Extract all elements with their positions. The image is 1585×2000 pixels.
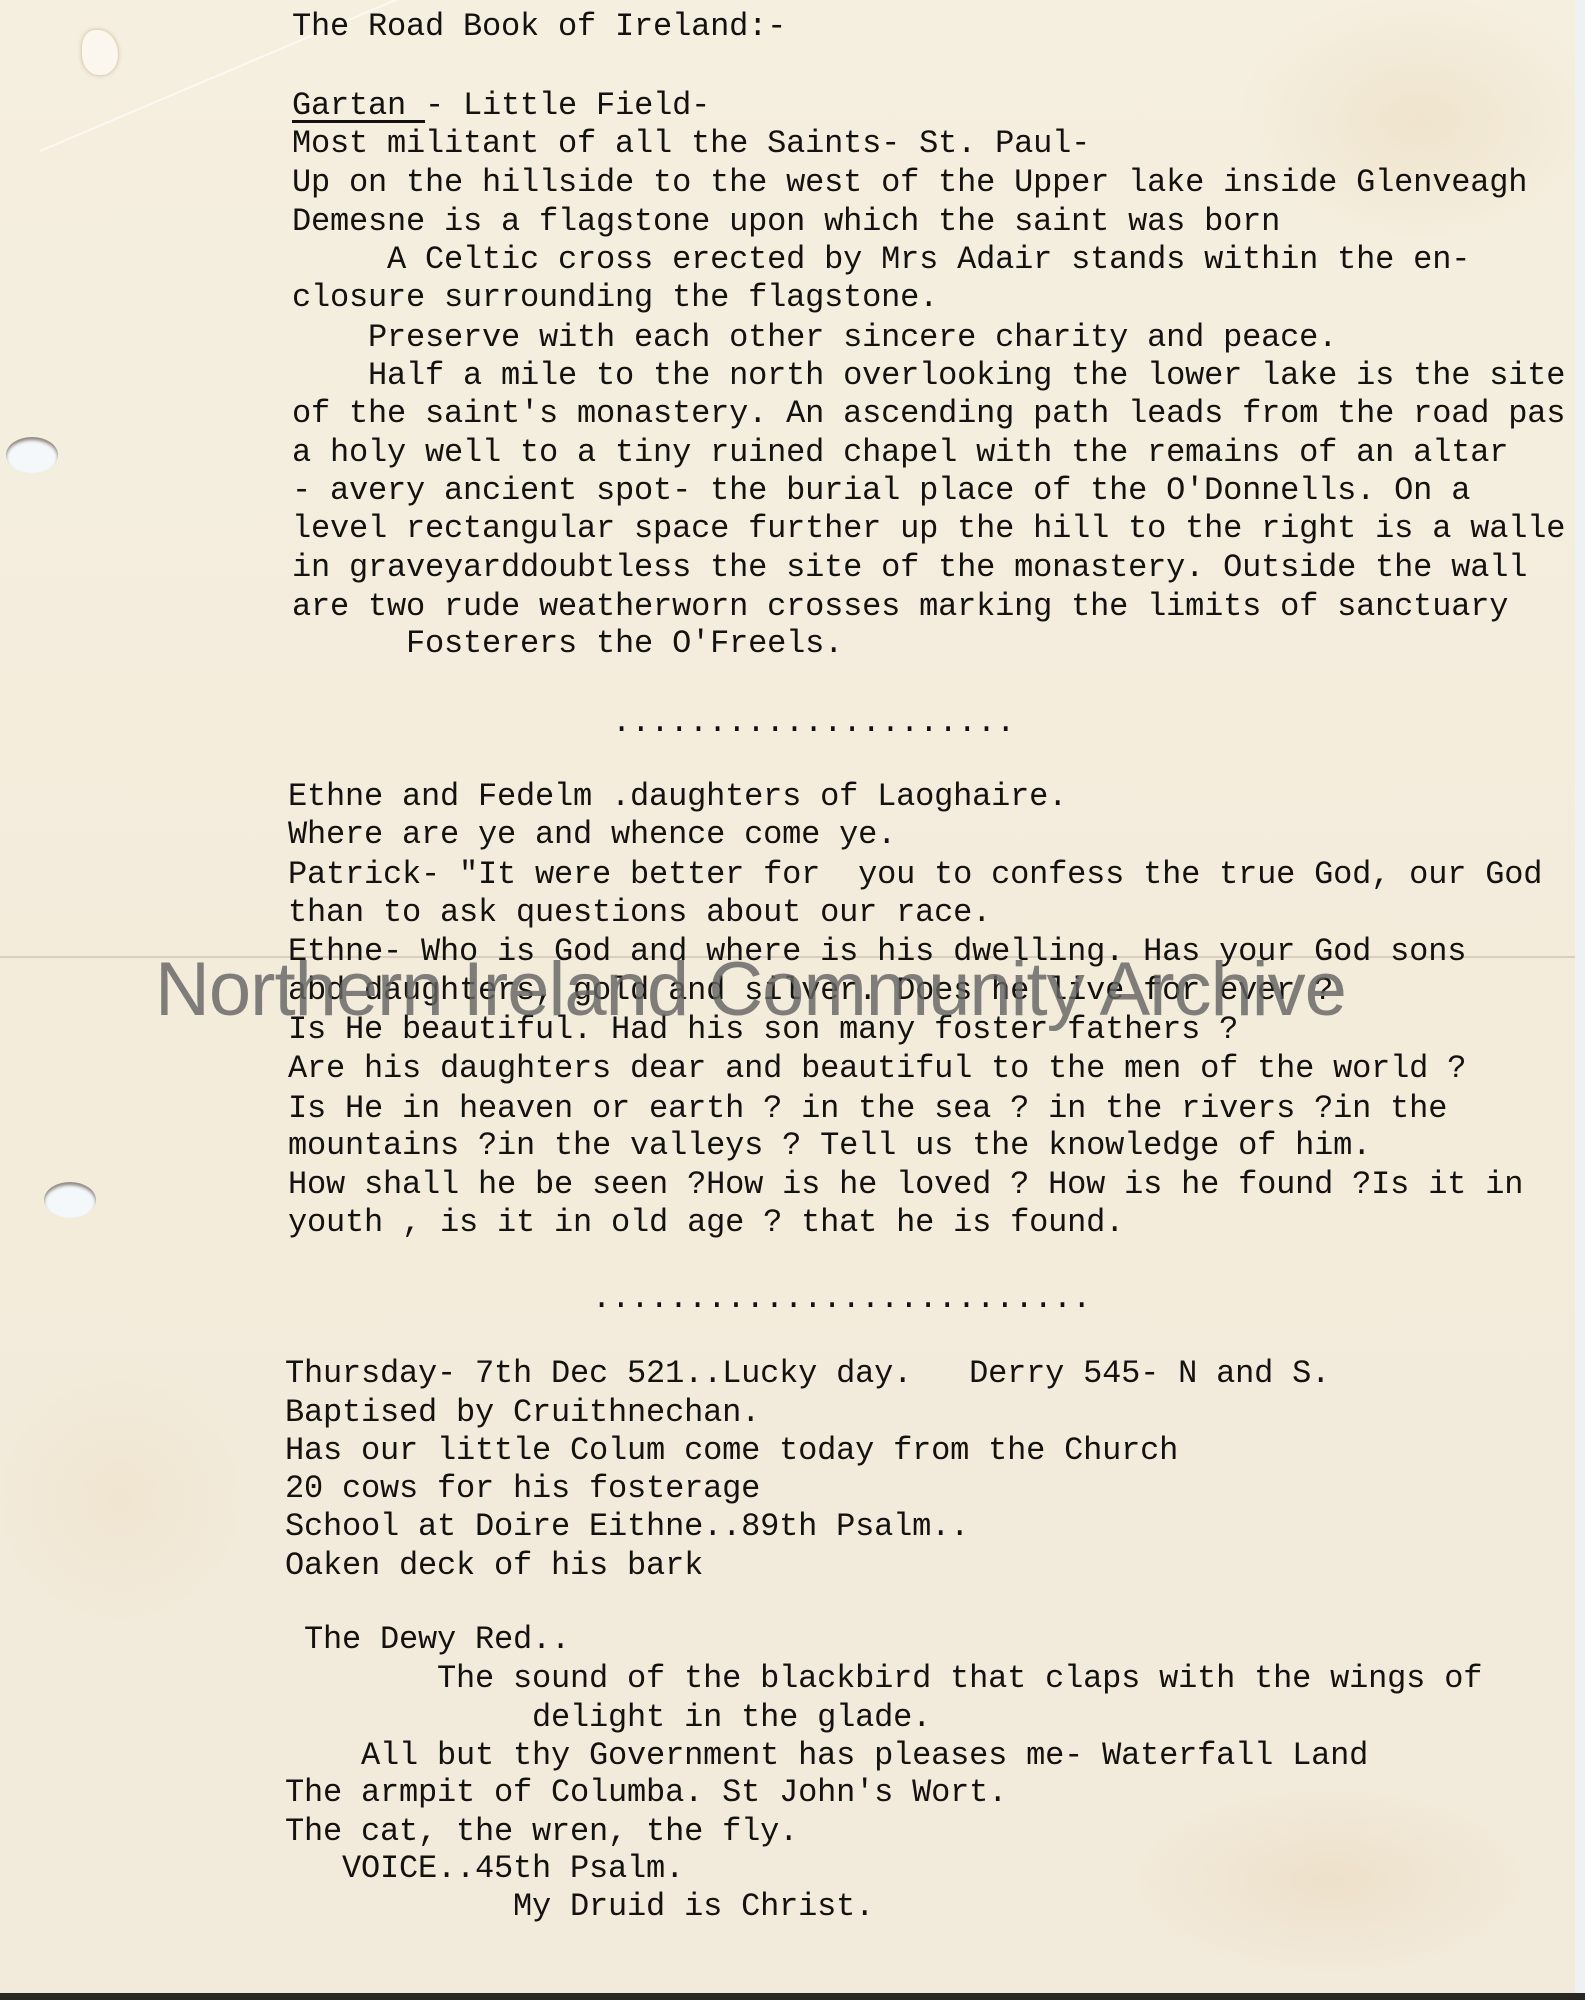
text-line: than to ask questions about our race. [288,894,991,932]
section-heading: Gartan - Little Field- [292,87,710,125]
text-line: The sound of the blackbird that claps wi… [285,1660,1482,1698]
heading-meaning: - Little Field- [425,87,710,124]
text-line: Are his daughters dear and beautiful to … [288,1050,1466,1088]
text-line: level rectangular space further up the h… [292,510,1565,548]
text-line: mountains ?in the valleys ? Tell us the … [288,1127,1371,1165]
text-line: The cat, the wren, the fly. [285,1813,798,1851]
text-line: 20 cows for his fosterage [285,1470,760,1508]
text-line: Most militant of all the Saints- St. Pau… [292,125,1090,163]
text-line: Ethne and Fedelm .daughters of Laoghaire… [288,778,1067,816]
text-line: School at Doire Eithne..89th Psalm.. [285,1508,969,1546]
section-divider: .......................... [592,1280,1091,1318]
heading-place-name: Gartan [292,87,425,124]
text-line: Is He in heaven or earth ? in the sea ? … [288,1090,1447,1128]
text-line: VOICE..45th Psalm. [285,1850,684,1888]
text-line: Fosterers the O'Freels. [292,625,843,663]
text-line: The Dewy Red.. [285,1621,570,1659]
text-line: A Celtic cross erected by Mrs Adair stan… [292,241,1470,279]
text-line: in graveyarddoubtless the site of the mo… [292,549,1527,587]
text-line: Patrick- "It were better for you to conf… [288,856,1542,894]
archive-watermark: Northern Ireland Community Archive [155,950,1445,1030]
section-divider: ..................... [612,704,1015,742]
typed-page: The Road Book of Ireland:- Gartan - Litt… [0,0,1575,1993]
text-line: Demesne is a flagstone upon which the sa… [292,203,1280,241]
text-line: Where are ye and whence come ye. [288,816,896,854]
text-line: Up on the hillside to the west of the Up… [292,164,1527,202]
punch-hole-top [6,437,58,473]
text-line: All but thy Government has pleases me- W… [285,1737,1368,1775]
text-line: Preserve with each other sincere charity… [292,319,1337,357]
punch-hole-bottom [44,1182,96,1218]
text-line: closure surrounding the flagstone. [292,279,938,317]
document-title: The Road Book of Ireland:- [292,8,786,46]
scan-bottom-edge [0,1993,1585,2000]
text-line: My Druid is Christ. [285,1888,874,1926]
text-line: delight in the glade. [285,1699,931,1737]
text-line: The armpit of Columba. St John's Wort. [285,1774,1007,1812]
text-line: youth , is it in old age ? that he is fo… [288,1204,1124,1242]
text-line: Half a mile to the north overlooking the… [292,357,1565,395]
text-line: Has our little Colum come today from the… [285,1432,1178,1470]
text-line: a holy well to a tiny ruined chapel with… [292,434,1508,472]
text-line: of the saint's monastery. An ascending p… [292,395,1565,433]
text-line: Thursday- 7th Dec 521..Lucky day. Derry … [285,1355,1330,1393]
text-line: Oaken deck of his bark [285,1547,703,1585]
text-line: - avery ancient spot- the burial place o… [292,472,1470,510]
text-line: are two rude weatherworn crosses marking… [292,588,1508,626]
text-line: Baptised by Cruithnechan. [285,1394,760,1432]
text-line: How shall he be seen ?How is he loved ? … [288,1166,1523,1204]
paper-tear-mark [82,30,118,75]
